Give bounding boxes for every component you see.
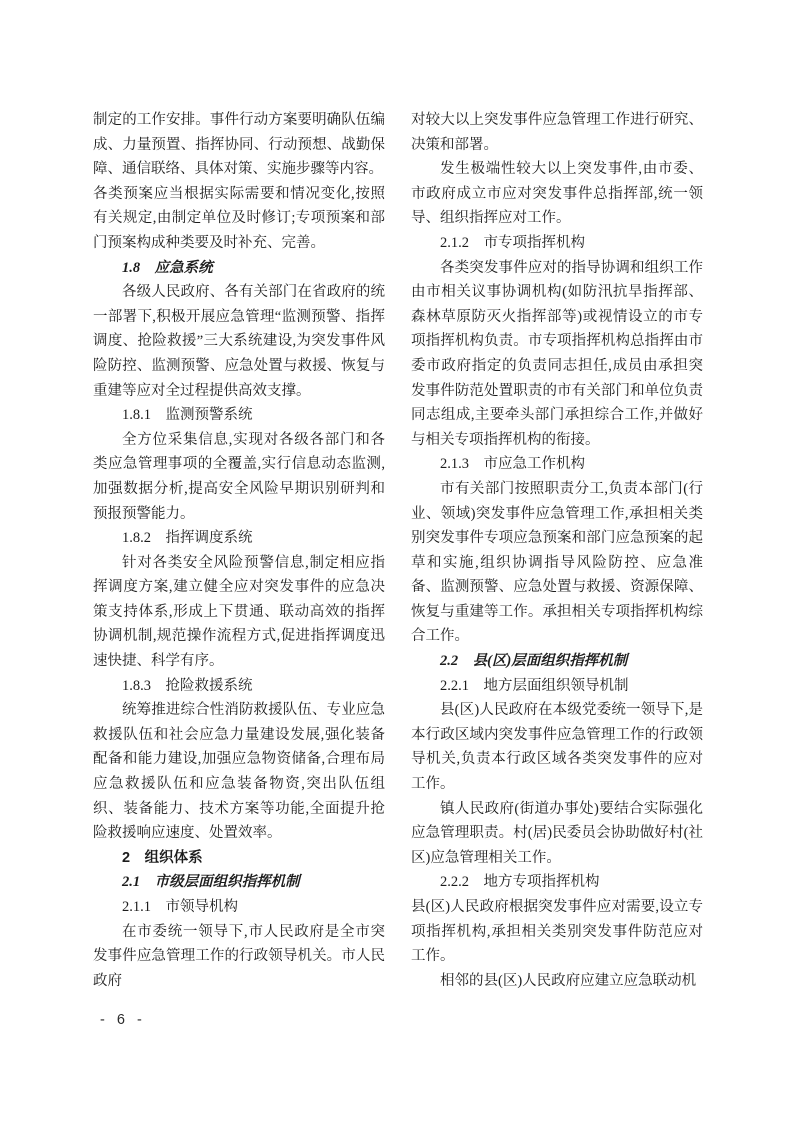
text-columns: 制定的工作安排。事件行动方案要明确队伍编成、力量预置、指挥协同、行动预想、战勤保… [93,108,703,993]
section-heading: 1.8.3 抢险救援系统 [93,674,385,699]
paragraph: 市有关部门按照职责分工,负责本部门(行业、领域)突发事件应急管理工作,承担相关类… [411,477,703,649]
section-heading: 2.1.2 市专项指挥机构 [411,231,703,256]
left-column: 制定的工作安排。事件行动方案要明确队伍编成、力量预置、指挥协同、行动预想、战勤保… [93,108,385,993]
paragraph: 县(区)人民政府在本级党委统一领导下,是本行政区域内突发事件应急管理工作的行政领… [411,698,703,796]
paragraph: 镇人民政府(街道办事处)要结合实际强化应急管理职责。村(居)民委员会协助做好村(… [411,797,703,871]
right-column: 对较大以上突发事件应急管理工作进行研究、决策和部署。发生极端性较大以上突发事件,… [411,108,703,993]
paragraph: 各类预案应当根据实际需要和情况变化,按照有关规定,由制定单位及时修订;专项预案和… [93,182,385,256]
section-heading: 1.8 应急系统 [93,256,385,281]
paragraph: 统筹推进综合性消防救援队伍、专业应急救援队伍和社会应急力量建设发展,强化装备配备… [93,698,385,846]
document-page: 制定的工作安排。事件行动方案要明确队伍编成、力量预置、指挥协同、行动预想、战勤保… [0,0,793,1122]
paragraph: 在市委统一领导下,市人民政府是全市突发事件应急管理工作的行政领导机关。市人民政府 [93,920,385,994]
paragraph: 针对各类安全风险预警信息,制定相应指挥调度方案,建立健全应对突发事件的应急决策支… [93,551,385,674]
paragraph: 相邻的县(区)人民政府应建立应急联动机 [411,969,703,994]
section-heading: 2.1 市级层面组织指挥机制 [93,870,385,895]
section-heading: 2.2.1 地方层面组织领导机制 [411,674,703,699]
section-heading: 2.1.1 市领导机构 [93,895,385,920]
paragraph: 各级人民政府、各有关部门在省政府的统一部署下,积极开展应急管理“监测预警、指挥调… [93,280,385,403]
paragraph: 各类突发事件应对的指导协调和组织工作由市相关议事协调机构(如防汛抗旱指挥部、森林… [411,256,703,453]
paragraph: 全方位采集信息,实现对各级各部门和各类应急管理事项的全覆盖,实行信息动态监测,加… [93,428,385,526]
paragraph: 制定的工作安排。事件行动方案要明确队伍编成、力量预置、指挥协同、行动预想、战勤保… [93,108,385,182]
page-number: - 6 - [100,1012,146,1028]
section-heading: 2.1.3 市应急工作机构 [411,452,703,477]
section-heading: 1.8.2 指挥调度系统 [93,526,385,551]
paragraph: 发生极端性较大以上突发事件,由市委、市政府成立市应对突发事件总指挥部,统一领导、… [411,157,703,231]
section-heading: 2 组织体系 [93,846,385,871]
section-heading: 2.2.2 地方专项指挥机构 [411,870,703,895]
section-heading: 2.2 县(区)层面组织指挥机制 [411,649,703,674]
paragraph: 县(区)人民政府根据突发事件应对需要,设立专项指挥机构,承担相关类别突发事件防范… [411,895,703,969]
paragraph: 对较大以上突发事件应急管理工作进行研究、决策和部署。 [411,108,703,157]
section-heading: 1.8.1 监测预警系统 [93,403,385,428]
